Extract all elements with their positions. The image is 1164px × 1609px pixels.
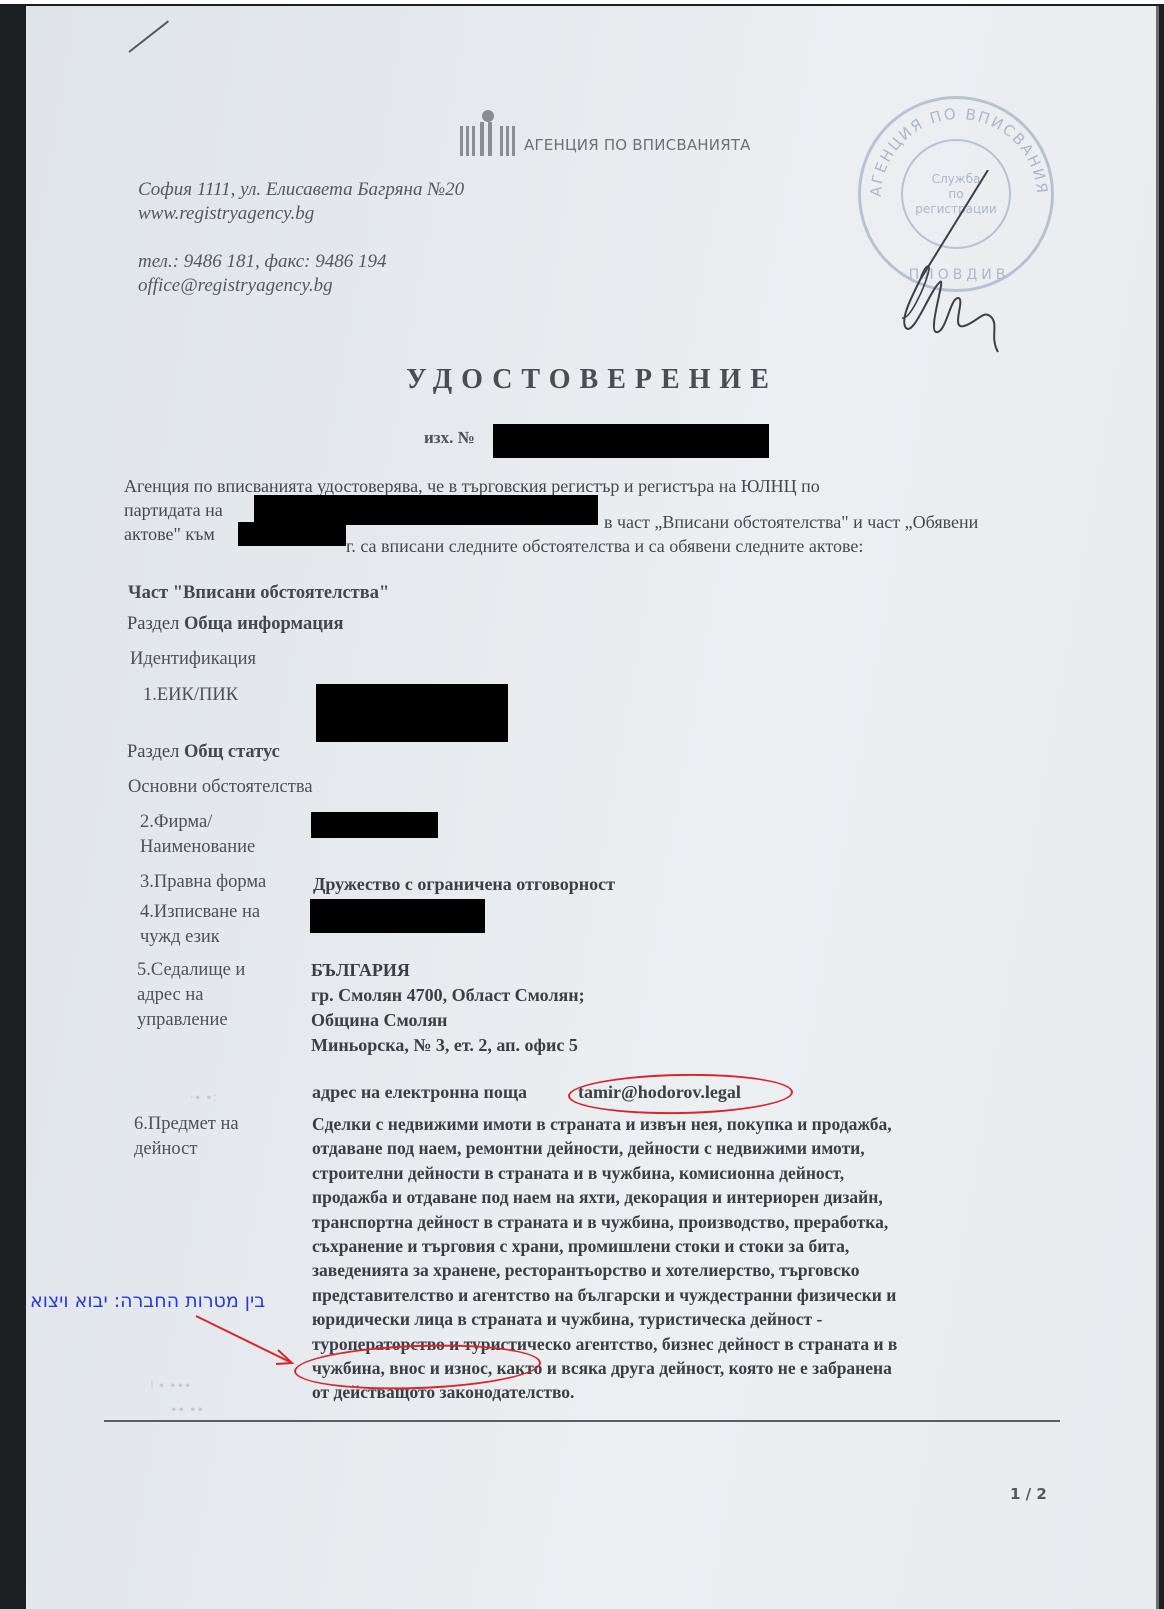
email-label: адрес на електронна поща	[312, 1080, 527, 1105]
purpose-line: транспортна дейност в страната и в чужби…	[312, 1210, 1047, 1234]
email-value: tamir@hodorov.legal	[578, 1080, 741, 1105]
purpose-label-1: 6.Предмет на	[134, 1112, 239, 1137]
redacted-foreign-spelling	[310, 899, 485, 933]
agency-website: www.registryagency.bg	[138, 202, 314, 225]
signature-icon	[880, 170, 1010, 360]
intro-line-2-start: партидата на	[124, 498, 223, 522]
redacted-date	[238, 522, 346, 546]
agency-logo-icon	[458, 108, 518, 156]
purpose-line: отдаване под наем, ремонтни дейности, де…	[312, 1136, 1047, 1160]
section-general-status: Раздел Общ статус	[127, 740, 280, 764]
legal-form-label: 3.Правна форма	[140, 870, 266, 895]
firm-label-1: 2.Фирма/	[140, 810, 212, 835]
seat-label-3: управление	[137, 1008, 228, 1033]
intro-line-2-end: в част „Вписани обстоятелства" и част „О…	[604, 510, 978, 534]
bleed-through-mark: ·∙ ∙:	[190, 1090, 217, 1104]
subsection-basic-circumstances: Основни обстоятелства	[128, 775, 313, 800]
part-heading: Част "Вписани обстоятелства"	[128, 581, 389, 605]
seat-country: БЪЛГАРИЯ	[311, 958, 410, 983]
agency-name: АГЕНЦИЯ ПО ВПИСВАНИЯТА	[524, 136, 751, 154]
purpose-value: Сделки с недвижими имоти в страната и из…	[312, 1112, 1047, 1405]
outgoing-number-label: изх. №	[424, 428, 475, 448]
subsection-identification: Идентификация	[130, 647, 256, 672]
intro-line-3-start: актове" към	[124, 522, 215, 546]
redacted-company-name	[254, 495, 598, 525]
section-prefix: Раздел	[127, 742, 179, 762]
agency-phone-fax: тел.: 9486 181, факс: 9486 194	[138, 250, 386, 273]
purpose-line: Сделки с недвижими имоти в страната и из…	[312, 1112, 1047, 1136]
agency-address: София 1111, ул. Елисавета Багряна №20	[138, 178, 464, 201]
document-title: УДОСТОВЕРЕНИЕ	[0, 364, 1164, 396]
firm-label-2: Наименование	[140, 835, 255, 860]
purpose-label-2: дейност	[134, 1137, 197, 1162]
purpose-line: представителство и агентство на българск…	[312, 1283, 1047, 1307]
section-general-info: Раздел Обща информация	[127, 612, 344, 636]
redacted-firm-name	[311, 812, 438, 838]
section-name: Общ статус	[184, 742, 280, 762]
purpose-line: строителни дейности в страната и в чужби…	[312, 1161, 1047, 1185]
seat-city: гр. Смолян 4700, Област Смолян;	[311, 983, 585, 1008]
purpose-line: туроператорство и туристическо агентство…	[312, 1332, 1047, 1356]
foreign-spelling-label-2: чужд език	[140, 925, 220, 950]
seat-street: Миньорска, № 3, ет. 2, ап. офис 5	[311, 1033, 578, 1058]
seat-label-1: 5.Седалище и	[137, 958, 245, 983]
bleed-through-mark: ⁞ ∙ ∙∙∙	[150, 1378, 192, 1392]
purpose-line: юридически лица в страната и чужбина, ту…	[312, 1307, 1047, 1331]
footer-divider	[104, 1420, 1060, 1422]
hebrew-annotation: בין מטרות החברה: יבוא ויצוא	[30, 1290, 265, 1312]
intro-line-3-end: г. са вписани следните обстоятелства и с…	[346, 534, 863, 558]
eik-label: 1.ЕИК/ПИК	[143, 683, 238, 708]
bleed-through-mark: ∙∙ ∙∙	[170, 1402, 204, 1416]
seat-municipality: Община Смолян	[311, 1008, 447, 1033]
paper-crease-mark	[128, 20, 169, 52]
purpose-line: заведенията за хранене, ресторантьорство…	[312, 1258, 1047, 1282]
section-name: Обща информация	[184, 614, 344, 634]
purpose-line: чужбина, внос и износ, както и всяка дру…	[312, 1356, 1047, 1380]
redacted-eik	[316, 684, 508, 742]
foreign-spelling-label-1: 4.Изписване на	[140, 900, 260, 925]
legal-form-value: Дружество с ограничена отговорност	[313, 872, 615, 897]
seat-label-2: адрес на	[137, 983, 204, 1008]
agency-email: office@registryagency.bg	[138, 274, 333, 297]
agency-logo: АГЕНЦИЯ ПО ВПИСВАНИЯТА	[458, 108, 751, 156]
page-indicator: 1 / 2	[1010, 1485, 1047, 1503]
section-prefix: Раздел	[127, 614, 179, 634]
purpose-line: продажба и отдаване под наем на яхти, де…	[312, 1185, 1047, 1209]
purpose-line: съхранение и търговия с храни, промишлен…	[312, 1234, 1047, 1258]
redacted-outgoing-number	[493, 424, 769, 458]
purpose-line: от действащото законодателство.	[312, 1380, 1047, 1404]
annotation-arrow-icon	[190, 1312, 300, 1372]
